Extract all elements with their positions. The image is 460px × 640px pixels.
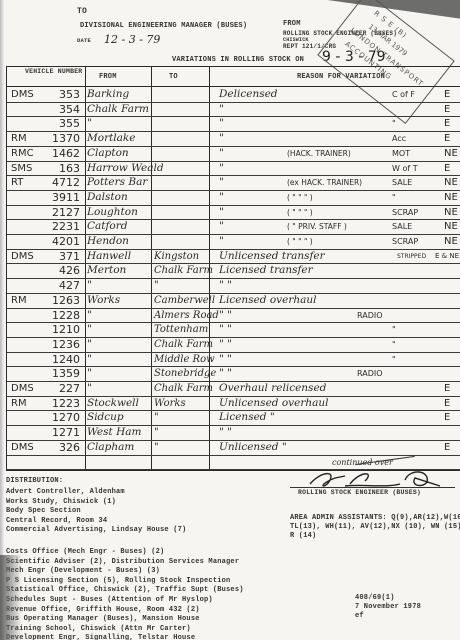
row-e-ne-flag: E xyxy=(444,87,450,102)
row-from-garage: " xyxy=(87,116,92,131)
row-from-garage: " xyxy=(87,308,92,323)
row-vehicle-number: 1370 xyxy=(37,131,80,146)
row-from-garage: " xyxy=(87,352,92,367)
row-e-ne-flag: NE xyxy=(444,219,458,234)
signatory-title: ROLLING STOCK ENGINEER (BUSES) xyxy=(298,489,421,496)
row-reason: " xyxy=(219,116,224,131)
row-reason: " xyxy=(219,205,224,220)
row-reason: " xyxy=(219,161,224,176)
area-admin-line-3: R (14) xyxy=(290,532,316,540)
row-e-ne-flag: E xyxy=(444,131,450,146)
distribution-list-2: Costs Office (Mech Engr - Buses) (2)Scie… xyxy=(6,548,244,640)
row-to-garage: Chalk Farm xyxy=(154,381,213,396)
row-status-code: " xyxy=(392,322,396,337)
row-vehicle-number: 3911 xyxy=(37,190,80,205)
row-status-code: W of T xyxy=(392,161,418,176)
row-note: (ex HACK. TRAINER) xyxy=(287,175,362,190)
row-vehicle-number: 4712 xyxy=(37,175,80,190)
row-status-code: SALE xyxy=(392,175,412,190)
row-to-garage: " xyxy=(154,425,159,440)
row-to-garage: Tottenham xyxy=(154,322,208,337)
row-e-ne-flag: NE xyxy=(444,190,458,205)
row-e-ne-flag: E xyxy=(444,116,450,131)
row-from-garage: Hendon xyxy=(87,234,129,249)
row-from-garage: Loughton xyxy=(87,205,138,220)
distribution-item: Works Study, Chiswick (1) xyxy=(6,498,186,508)
row-to-garage: Camberwell xyxy=(154,293,215,308)
row-vehicle-number: 354 xyxy=(37,102,80,117)
row-reason: " " xyxy=(219,425,232,440)
header-vehicle-number: VEHICLE NUMBER xyxy=(25,68,82,83)
row-vehicle-number: 355 xyxy=(37,116,80,131)
row-from-garage: Stockwell xyxy=(87,396,139,411)
row-vehicle-number: 163 xyxy=(37,161,80,176)
row-to-garage: Works xyxy=(154,396,186,411)
header-reason: REASON FOR VARIATION xyxy=(297,70,385,85)
to-label: TO xyxy=(77,7,87,16)
date-value: 12 - 3 - 79 xyxy=(104,33,160,46)
row-from-garage: Clapham xyxy=(87,440,134,455)
document-title: VARIATIONS IN ROLLING STOCK ON xyxy=(172,56,304,64)
row-to-garage: " xyxy=(154,410,159,425)
row-reason: Overhaul relicensed xyxy=(219,381,326,396)
row-vehicle-number xyxy=(37,455,80,470)
row-from-garage: " xyxy=(87,278,92,293)
distribution-item: Body Spec Section xyxy=(6,507,186,517)
row-vehicle-number: 1263 xyxy=(37,293,80,308)
row-vehicle-number: 2127 xyxy=(37,205,80,220)
row-to-garage: Chalk Farm xyxy=(154,263,213,278)
row-vehicle-number: 353 xyxy=(37,87,80,102)
row-reason: Licensed transfer xyxy=(219,263,313,278)
row-vehicle-number: 1270 xyxy=(37,410,80,425)
row-vehicle-number: 1223 xyxy=(37,396,80,411)
distribution-item: Central Record, Room 34 xyxy=(6,517,186,527)
row-to-garage: Middle Row xyxy=(154,352,215,367)
row-e-ne-flag: E xyxy=(444,161,450,176)
distribution-item: Training School, Chiswick (Attn Mr Carte… xyxy=(6,625,244,635)
row-vehicle-number: 427 xyxy=(37,278,80,293)
row-vehicle-number: 227 xyxy=(37,381,80,396)
row-vehicle-number: 326 xyxy=(37,440,80,455)
row-status-code: " xyxy=(392,190,396,205)
row-from-garage: Chalk Farm xyxy=(87,102,149,117)
distribution-item: Schedules Supt - Buses (Attention of Mr … xyxy=(6,596,244,606)
row-from-garage: Dalston xyxy=(87,190,128,205)
to-recipient: DIVISIONAL ENGINEERING MANAGER (BUSES) xyxy=(80,22,247,30)
row-vehicle-number: 371 xyxy=(37,249,80,264)
row-from-garage: Hanwell xyxy=(87,249,131,264)
row-vehicle-number: 4201 xyxy=(37,234,80,249)
header-to: TO xyxy=(169,70,178,85)
row-vehicle-number: 1359 xyxy=(37,366,80,381)
row-reason: Delicensed xyxy=(219,87,278,102)
row-e-ne-flag: E xyxy=(444,396,450,411)
distribution-item: Bus Operating Manager (Buses), Mansion H… xyxy=(6,615,244,625)
row-status-code: Acc xyxy=(392,131,406,146)
distribution-item: Scientific Adviser (2), Distribution Ser… xyxy=(6,558,244,568)
row-to-garage: " xyxy=(154,278,159,293)
row-status-code: SCRAP xyxy=(392,234,418,249)
row-reason: " " xyxy=(219,308,232,323)
row-reason: Licensed " xyxy=(219,410,275,425)
row-reason: " " xyxy=(219,352,232,367)
row-from-garage: Clapton xyxy=(87,146,129,161)
footer-initials: ef xyxy=(355,612,364,620)
row-reason: " xyxy=(219,131,224,146)
row-status-code: MOT xyxy=(392,146,410,161)
row-status-code: SALE xyxy=(392,219,412,234)
distribution-list-1: Advert Controller, AldenhamWorks Study, … xyxy=(6,488,186,536)
row-from-garage: West Ham xyxy=(87,425,141,440)
row-status-code: RADIO xyxy=(357,308,383,323)
row-status-code: STRIPPED xyxy=(397,249,426,264)
row-from-garage: " xyxy=(87,381,92,396)
header-from: FROM xyxy=(99,70,117,85)
row-status-code: " xyxy=(392,352,396,367)
row-from-garage: Catford xyxy=(87,219,127,234)
row-reason: " " xyxy=(219,366,232,381)
row-e-ne-flag: E xyxy=(444,102,450,117)
row-to-garage: Kingston xyxy=(154,249,199,264)
row-status-code: SCRAP xyxy=(392,205,418,220)
row-e-ne-flag: E xyxy=(444,410,450,425)
row-reason: " xyxy=(219,190,224,205)
row-status-code: " xyxy=(392,116,396,131)
row-reason: " " xyxy=(219,322,232,337)
row-e-ne-flag: E xyxy=(444,440,450,455)
row-note: ( " " " ) xyxy=(287,190,313,205)
date-label: DATE xyxy=(77,37,91,44)
row-status-code: " xyxy=(392,337,396,352)
distribution-item: Development Engr, Signalling, Telstar Ho… xyxy=(6,634,244,640)
area-admin-line-2: TL(13), WH(11), AV(12),NX (10), WN (15), xyxy=(290,523,460,531)
row-e-ne-flag: NE xyxy=(444,205,458,220)
row-to-garage: " xyxy=(154,440,159,455)
page-shadow-bottom-left xyxy=(0,555,22,640)
row-status-code: C of F xyxy=(392,87,415,102)
row-reason: Unlicensed overhaul xyxy=(219,396,328,411)
row-from-garage: Mortlake xyxy=(87,131,136,146)
row-vehicle-number: 1210 xyxy=(37,322,80,337)
row-vehicle-number: 1236 xyxy=(37,337,80,352)
row-reason: " xyxy=(219,175,224,190)
row-reason: " xyxy=(219,146,224,161)
row-from-garage: " xyxy=(87,322,92,337)
row-e-ne-flag: NE xyxy=(444,234,458,249)
variations-table: VEHICLE NUMBER FROM TO REASON FOR VARIAT… xyxy=(6,66,460,471)
row-vehicle-number: 1228 xyxy=(37,308,80,323)
row-reason: " xyxy=(219,219,224,234)
distribution-heading: DISTRIBUTION: xyxy=(6,477,63,485)
row-from-garage: " xyxy=(87,337,92,352)
row-from-garage: " xyxy=(87,366,92,381)
distribution-item: Costs Office (Mech Engr - Buses) (2) xyxy=(6,548,244,558)
row-reason: " xyxy=(219,234,224,249)
row-note: ( " " " ) xyxy=(287,205,313,220)
row-status-code: RADIO xyxy=(357,366,383,381)
distribution-item: Commercial Advertising, Lindsay House (7… xyxy=(6,526,186,536)
row-vehicle-number: 1462 xyxy=(37,146,80,161)
row-from-garage: Works xyxy=(87,293,120,308)
row-from-garage: Sidcup xyxy=(87,410,124,425)
row-from-garage: Barking xyxy=(87,87,129,102)
row-e-ne-flag: E xyxy=(444,381,450,396)
row-to-garage: Almers Road xyxy=(154,308,219,323)
row-to-garage: Chalk Farm xyxy=(154,337,213,352)
row-to-garage: Stonebridge xyxy=(154,366,216,381)
row-reason: Unlicensed " xyxy=(219,440,287,455)
row-note: ( " PRIV. STAFF ) xyxy=(287,219,347,234)
row-e-ne-flag: E & NE xyxy=(435,249,459,264)
from-label: FROM xyxy=(283,20,301,28)
area-admin-line-1: AREA ADMIN ASSISTANTS: Q(9),AR(12),W(16)… xyxy=(290,514,460,522)
row-e-ne-flag: NE xyxy=(444,146,458,161)
row-reason: " xyxy=(219,102,224,117)
row-note: (HACK. TRAINER) xyxy=(287,146,351,161)
row-vehicle-number: 2231 xyxy=(37,219,80,234)
signature-line xyxy=(290,487,455,488)
distribution-item: Revenue Office, Griffith House, Room 432… xyxy=(6,606,244,616)
row-vehicle-number: 1240 xyxy=(37,352,80,367)
row-vehicle-number: 426 xyxy=(37,263,80,278)
row-reason: " " xyxy=(219,278,232,293)
row-vehicle-number: 1271 xyxy=(37,425,80,440)
page-edge xyxy=(0,0,4,640)
row-reason: Licensed overhaul xyxy=(219,293,316,308)
distribution-item: Mech Engr (Development - Buses) (3) xyxy=(6,567,244,577)
row-reason: " " xyxy=(219,337,232,352)
row-note: ( " " " ) xyxy=(287,234,313,249)
distribution-item: P S Licensing Section (5), Rolling Stock… xyxy=(6,577,244,587)
footer-reference: 408/69(1) xyxy=(355,594,395,602)
row-from-garage: Harrow Weald xyxy=(87,161,164,176)
distribution-item: Advert Controller, Aldenham xyxy=(6,488,186,498)
row-from-garage: Potters Bar xyxy=(87,175,147,190)
row-e-ne-flag: NE xyxy=(444,175,458,190)
footer-date: 7 November 1978 xyxy=(355,603,421,611)
row-reason: Unlicensed transfer xyxy=(219,249,325,264)
distribution-item: Statistical Office, Chiswick (2), Traffi… xyxy=(6,586,244,596)
row-from-garage: Merton xyxy=(87,263,126,278)
